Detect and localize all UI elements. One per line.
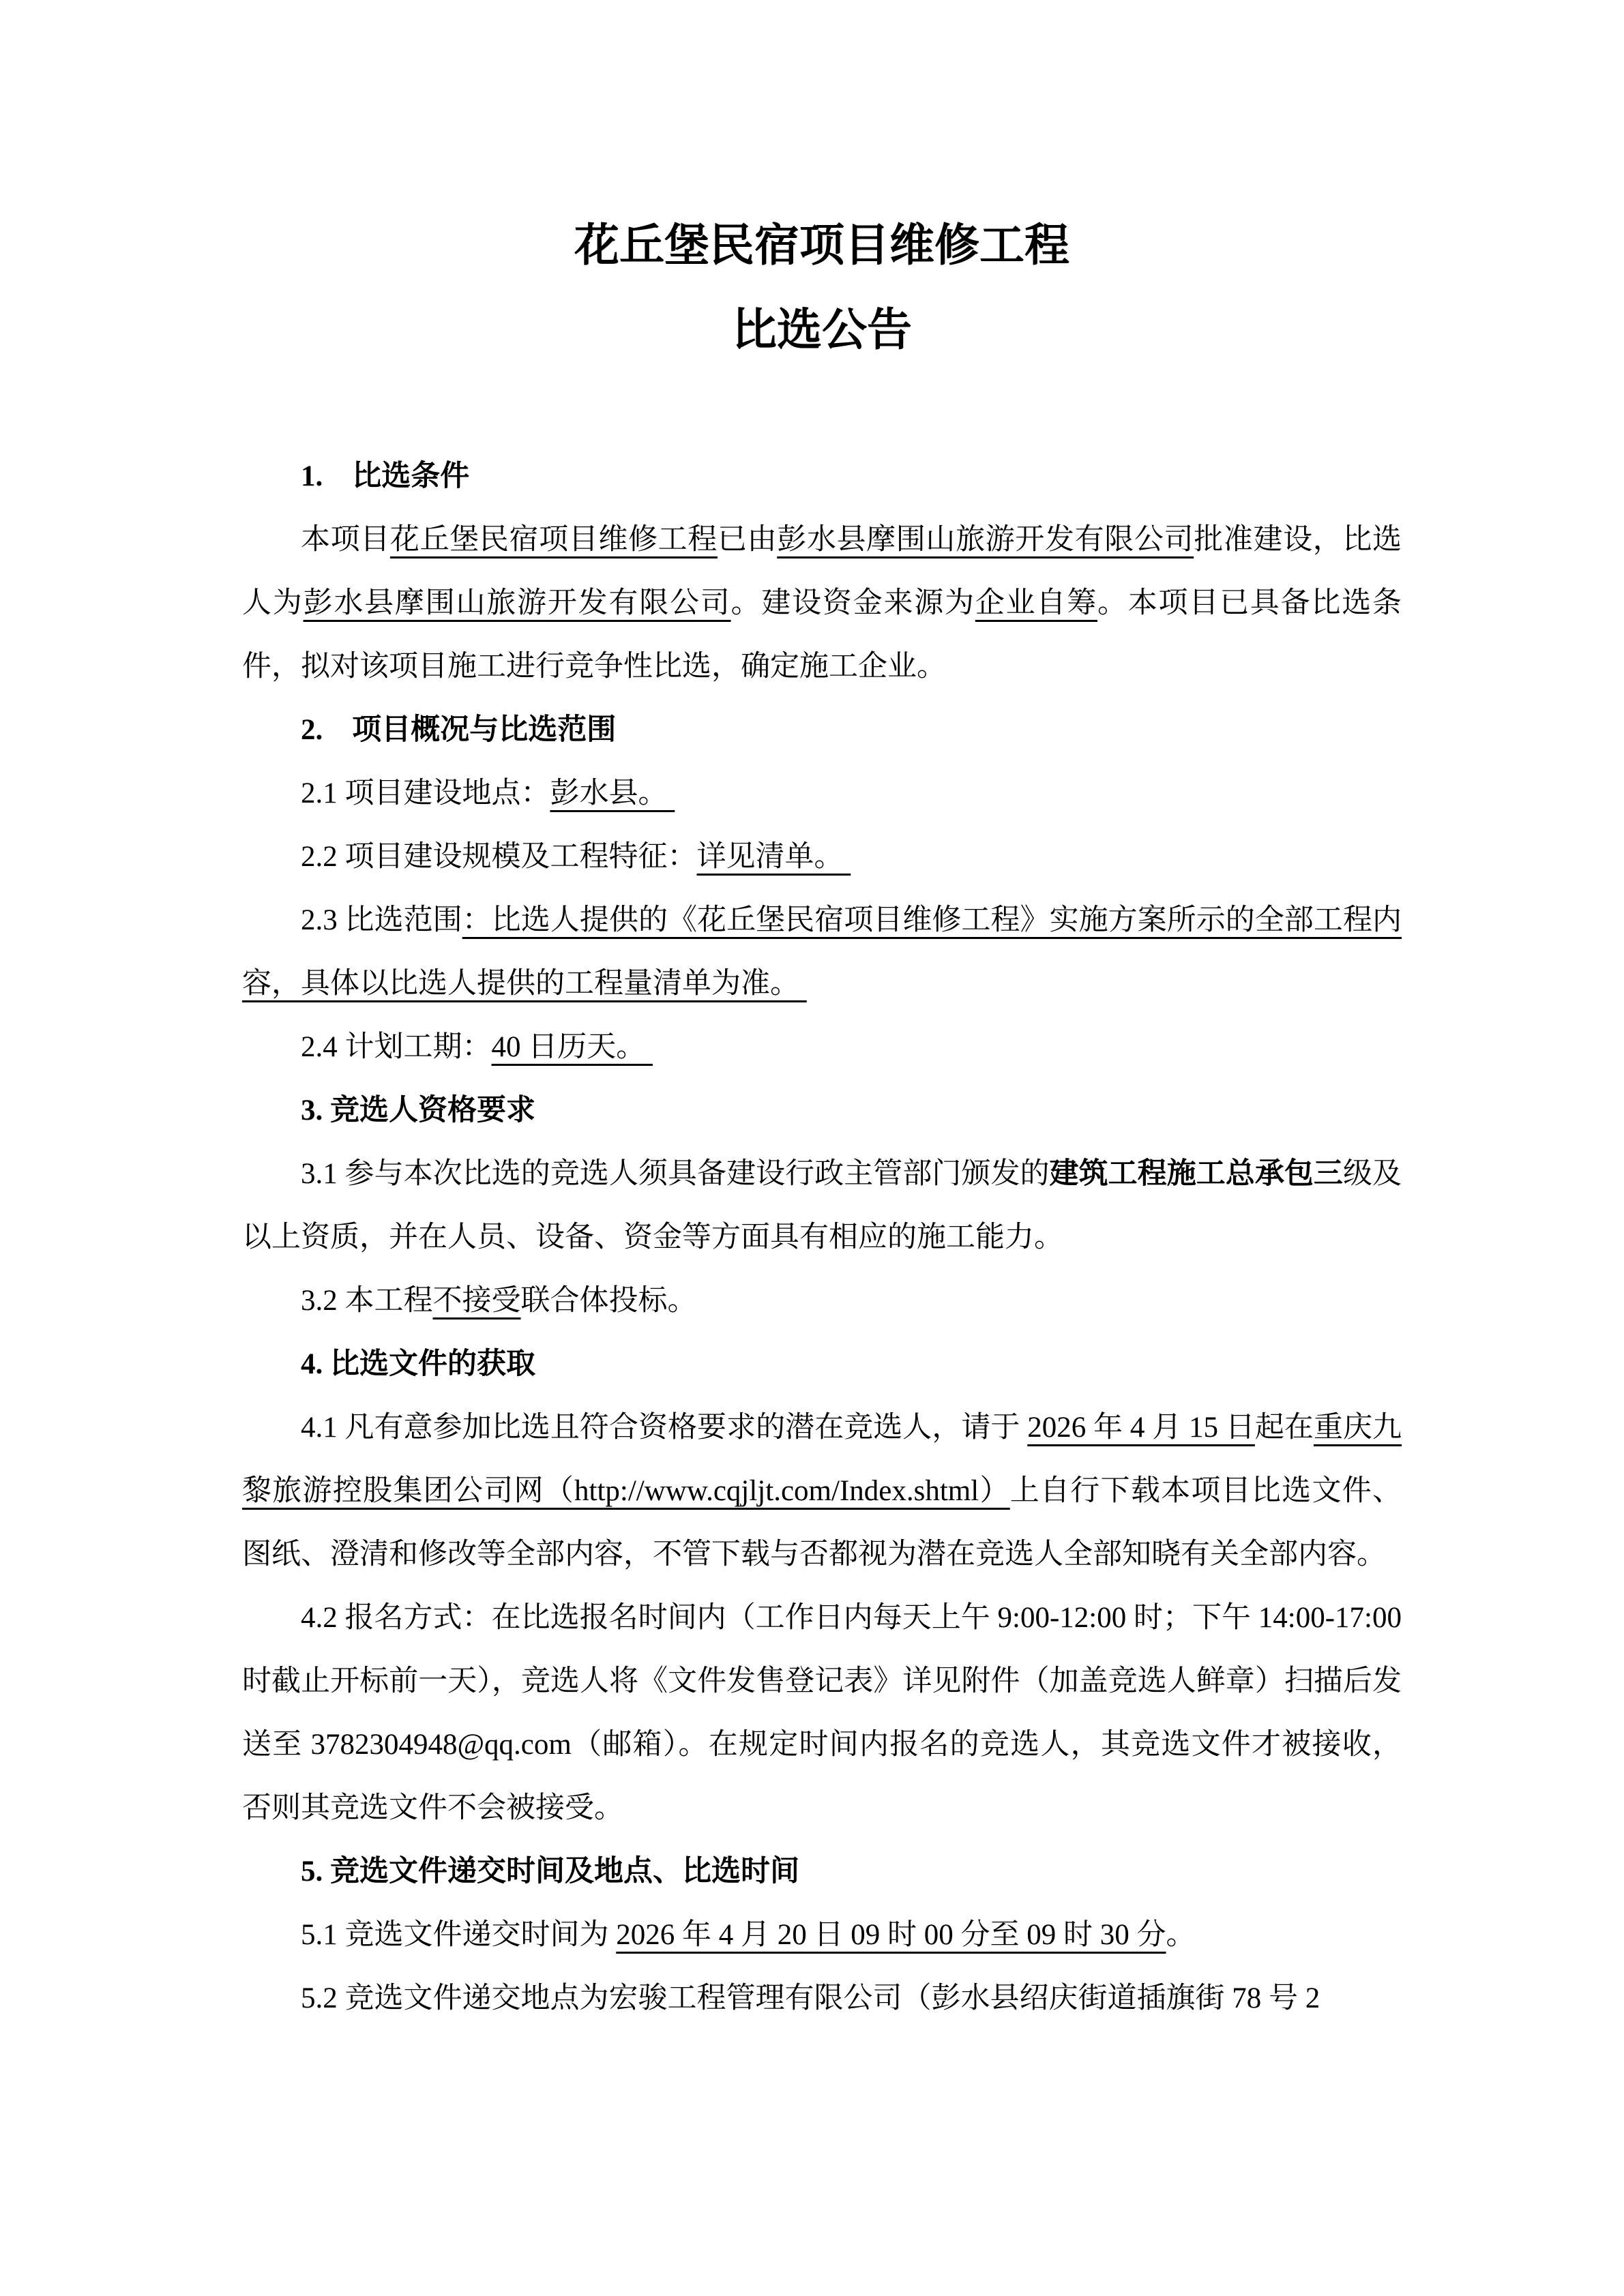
section-heading: 1. 比选条件 (242, 445, 1402, 508)
underlined-text: 详见清单。 (697, 841, 851, 873)
text-run: 联合体投标。 (521, 1285, 697, 1317)
document-body: 1. 比选条件本项目花丘堡民宿项目维修工程已由彭水县摩围山旅游开发有限公司批准建… (242, 445, 1402, 2030)
paragraph: 2.3 比选范围：比选人提供的《花丘堡民宿项目维修工程》实施方案所示的全部工程内… (242, 889, 1402, 1015)
text-run: 2.2 项目建设规模及工程特征： (301, 841, 697, 873)
text-run: 3. 竞选人资格要求 (301, 1094, 535, 1127)
document-subtitle: 比选公告 (242, 304, 1402, 357)
underlined-text: 40 日历天。 (492, 1031, 653, 1063)
bold-text: 建筑工程施工总承包三 (1050, 1158, 1343, 1190)
document-page: 花丘堡民宿项目维修工程 比选公告 1. 比选条件本项目花丘堡民宿项目维修工程已由… (0, 0, 1624, 2296)
underlined-text: 彭水县摩围山旅游开发有限公司 (777, 524, 1194, 556)
underlined-text: 2026 年 4 月 15 日 (1027, 1412, 1255, 1444)
paragraph: 3.1 参与本次比选的竞选人须具备建设行政主管部门颁发的建筑工程施工总承包三级及… (242, 1142, 1402, 1269)
underlined-text: 彭水县摩围山旅游开发有限公司 (304, 587, 731, 619)
document-title: 花丘堡民宿项目维修工程 (242, 220, 1402, 273)
paragraph: 5.1 竞选文件递交时间为 2026 年 4 月 20 日 09 时 00 分至… (242, 1903, 1402, 1967)
paragraph: 5.2 竞选文件递交地点为宏骏工程管理有限公司（彭水县绍庆街道插旗街 78 号 … (242, 1967, 1402, 2030)
section-heading: 2. 项目概况与比选范围 (242, 698, 1402, 762)
paragraph: 3.2 本工程不接受联合体投标。 (242, 1269, 1402, 1332)
text-run: 2.3 比选范围 (301, 904, 462, 936)
text-run: 2.4 计划工期： (301, 1031, 492, 1063)
paragraph: 4.1 凡有意参加比选且符合资格要求的潜在竞选人，请于 2026 年 4 月 1… (242, 1396, 1402, 1586)
underlined-text: 企业自筹 (975, 587, 1097, 619)
section-heading: 3. 竞选人资格要求 (242, 1079, 1402, 1142)
text-run: 4.1 凡有意参加比选且符合资格要求的潜在竞选人，请于 (301, 1412, 1027, 1444)
text-run: 。 (1166, 1919, 1196, 1951)
text-run: 本项目 (301, 524, 390, 556)
text-run: 2.1 项目建设地点： (301, 777, 550, 809)
text-run: 3.1 参与本次比选的竞选人须具备建设行政主管部门颁发的 (301, 1158, 1050, 1190)
section-heading: 5. 竞选文件递交时间及地点、比选时间 (242, 1840, 1402, 1903)
text-run: 5.1 竞选文件递交时间为 (301, 1919, 616, 1951)
text-run: 3.2 本工程 (301, 1285, 433, 1317)
underlined-text: 花丘堡民宿项目维修工程 (390, 524, 718, 556)
underlined-text: 彭水县。 (550, 777, 675, 809)
paragraph: 2.1 项目建设地点：彭水县。 (242, 762, 1402, 825)
paragraph: 4.2 报名方式：在比选报名时间内（工作日内每天上午 9:00-12:00 时；… (242, 1586, 1402, 1840)
text-run: 5. 竞选文件递交时间及地点、比选时间 (301, 1855, 799, 1888)
text-run: 。建设资金来源为 (731, 587, 975, 619)
paragraph: 2.2 项目建设规模及工程特征：详见清单。 (242, 825, 1402, 889)
text-run: 已由 (718, 524, 777, 556)
section-heading: 4. 比选文件的获取 (242, 1332, 1402, 1396)
text-run: 2. 项目概况与比选范围 (301, 714, 616, 746)
paragraph: 2.4 计划工期：40 日历天。 (242, 1015, 1402, 1079)
text-run: 4. 比选文件的获取 (301, 1348, 535, 1380)
text-run: 起在 (1255, 1412, 1314, 1444)
text-run: 4.2 报名方式：在比选报名时间内（工作日内每天上午 9:00-12:00 时；… (242, 1602, 1402, 1824)
paragraph: 本项目花丘堡民宿项目维修工程已由彭水县摩围山旅游开发有限公司批准建设，比选人为彭… (242, 508, 1402, 698)
underlined-text: 不接受 (433, 1285, 521, 1317)
text-run: 1. 比选条件 (301, 460, 469, 492)
text-run: 5.2 竞选文件递交地点为宏骏工程管理有限公司（彭水县绍庆街道插旗街 78 号 … (301, 1982, 1320, 2014)
underlined-text: 2026 年 4 月 20 日 09 时 00 分至 09 时 30 分 (616, 1919, 1166, 1951)
